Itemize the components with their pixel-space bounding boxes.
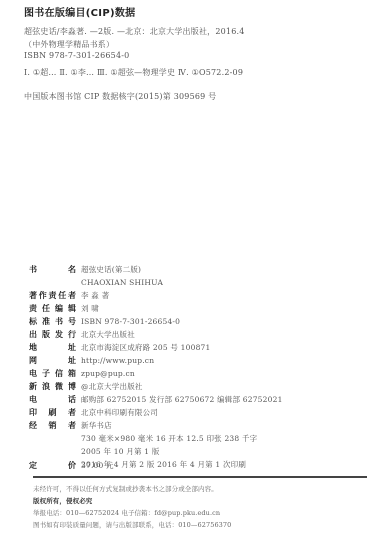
colophon-label: 书名 [29, 264, 76, 275]
colophon-label: 新浪微博 [29, 381, 76, 392]
colophon-label-char: 网 [29, 355, 37, 366]
colophon-row: 2005 年 10 月第 1 版 [29, 446, 160, 457]
colophon-row: 电子信箱zpup@pup.cn [29, 368, 135, 379]
colophon-label-char: 名 [68, 264, 76, 275]
colophon-label-char: 价 [68, 460, 76, 471]
colophon-row: CHAOXIAN SHIHUA [29, 277, 163, 288]
colophon-value: 超弦史话(第二版) [81, 264, 141, 275]
colophon-label-char: 刷 [49, 407, 57, 418]
colophon-label-char: 销 [49, 420, 57, 431]
colophon-label-char: 辑 [68, 303, 76, 314]
colophon-label: 电子信箱 [29, 368, 76, 379]
colophon-label-char: 箱 [68, 368, 76, 379]
colophon-value: CHAOXIAN SHIHUA [81, 278, 163, 287]
colophon-row: 著作责任者李 淼 著 [29, 290, 109, 301]
colophon-value: ISBN 978-7-301-26654-0 [81, 317, 180, 326]
colophon-value: 2005 年 10 月第 1 版 [81, 446, 160, 457]
colophon-row: 地址北京市海淀区成府路 205 号 100871 [29, 342, 211, 353]
cip-line-bibliographic: 超弦史话/李淼著. —2版. —北京：北京大学出版社，2016.4 [24, 26, 245, 37]
colophon-value: 北京市海淀区成府路 205 号 100871 [81, 342, 211, 353]
colophon-label-char: 电 [29, 368, 37, 379]
report-contact: 举报电话：010—62752024 电子信箱：fd@pup.pku.edu.cn [33, 508, 220, 517]
colophon-value: 37.00 元 [81, 460, 114, 471]
colophon-value: http://www.pup.cn [81, 356, 154, 365]
colophon-label: 地址 [29, 342, 76, 353]
colophon-label-char: 行 [68, 329, 76, 340]
colophon-row: 责任编辑刘 啸 [29, 303, 99, 314]
colophon-value: 邮购部 62752015 发行部 62750672 编辑部 62752021 [81, 394, 283, 405]
colophon-label: 印刷者 [29, 407, 76, 418]
colophon-label-char: 发 [55, 329, 63, 340]
colophon-label: 出版发行 [29, 329, 76, 340]
colophon-label-char: 信 [55, 368, 63, 379]
colophon-value: 李 淼 著 [81, 290, 109, 301]
colophon-label-char: 者 [68, 290, 76, 301]
colophon-value: 新华书店 [81, 420, 112, 431]
colophon-label-char: 浪 [42, 381, 50, 392]
colophon-label-char: 号 [68, 316, 76, 327]
colophon-value: @北京大学出版社 [81, 381, 143, 392]
colophon-label-char: 址 [68, 342, 76, 353]
colophon-label: 经销者 [29, 420, 76, 431]
colophon-label-char: 出 [29, 329, 37, 340]
colophon-row: 经销者新华书店 [29, 420, 112, 431]
colophon-label-char: 责 [49, 290, 57, 301]
cip-line-series: （中外物理学精品书系） [24, 39, 114, 50]
colophon-label-char: 责 [29, 303, 37, 314]
copyright-notice: 未经许可，不得以任何方式复制或抄袭本书之部分或全部内容。 [33, 484, 218, 493]
separator-rule [33, 476, 367, 478]
colophon-label-char: 编 [55, 303, 63, 314]
colophon-label: 电话 [29, 394, 76, 405]
colophon-value: zpup@pup.cn [81, 369, 135, 378]
colophon-label-char: 者 [68, 420, 76, 431]
colophon-row: 730 毫米×980 毫米 16 开本 12.5 印张 238 千字 [29, 433, 257, 444]
colophon-value: 北京中科印刷有限公司 [81, 407, 158, 418]
colophon-row: 标准书号ISBN 978-7-301-26654-0 [29, 316, 180, 327]
colophon-label-char: 任 [42, 303, 50, 314]
colophon-label-char: 博 [68, 381, 76, 392]
colophon-label: 责任编辑 [29, 303, 76, 314]
colophon-label-char: 准 [42, 316, 50, 327]
rights-reserved: 版权所有，侵权必究 [33, 496, 92, 505]
cip-title: 图书在版编目(CIP)数据 [24, 4, 135, 19]
colophon-label: 标准书号 [29, 316, 76, 327]
colophon-label: 网址 [29, 355, 76, 366]
colophon-label-char: 作 [39, 290, 47, 301]
colophon-label-char: 版 [42, 329, 50, 340]
cip-line-isbn: ISBN 978-7-301-26654-0 [24, 51, 129, 60]
colophon-label-char: 著 [29, 290, 37, 301]
colophon-label-char: 地 [29, 342, 37, 353]
colophon-value: 刘 啸 [81, 303, 99, 314]
colophon-label-char: 标 [29, 316, 37, 327]
colophon-label-char: 新 [29, 381, 37, 392]
colophon-label-char: 子 [42, 368, 50, 379]
quality-contact: 图书如有印装质量问题，请与出版部联系，电话：010—62756370 [33, 520, 231, 529]
colophon-label-char: 话 [68, 394, 76, 405]
colophon-label: 定价 [29, 460, 76, 471]
colophon-row: 定价37.00 元 [29, 460, 114, 471]
colophon-value: 730 毫米×980 毫米 16 开本 12.5 印张 238 千字 [81, 433, 257, 444]
colophon-row: 出版发行北京大学出版社 [29, 329, 135, 340]
colophon-value: 北京大学出版社 [81, 329, 135, 340]
colophon-row: 电话邮购部 62752015 发行部 62750672 编辑部 62752021 [29, 394, 283, 405]
copyright-page: 图书在版编目(CIP)数据 超弦史话/李淼著. —2版. —北京：北京大学出版社… [0, 0, 375, 537]
colophon-label-char: 经 [29, 420, 37, 431]
colophon-label-char: 电 [29, 394, 37, 405]
colophon-label: 著作责任者 [29, 290, 76, 301]
colophon-label-char: 印 [29, 407, 37, 418]
colophon-label-char: 书 [55, 316, 63, 327]
colophon-row: 印刷者北京中科印刷有限公司 [29, 407, 158, 418]
colophon-label-char: 书 [29, 264, 37, 275]
colophon-label-char: 任 [58, 290, 66, 301]
cip-line-classification: Ⅰ. ①超… Ⅱ. ①李… Ⅲ. ①超弦—物理学史 Ⅳ. ①O572.2-09 [24, 67, 243, 78]
colophon-label-char: 微 [55, 381, 63, 392]
colophon-row: 书名超弦史话(第二版) [29, 264, 141, 275]
colophon-label-char: 定 [29, 460, 37, 471]
cip-record-number: 中国版本图书馆 CIP 数据核字(2015)第 309569 号 [24, 91, 216, 102]
colophon-label-char: 址 [68, 355, 76, 366]
colophon-row: 网址http://www.pup.cn [29, 355, 154, 366]
colophon-label-char: 者 [68, 407, 76, 418]
colophon-row: 新浪微博@北京大学出版社 [29, 381, 143, 392]
